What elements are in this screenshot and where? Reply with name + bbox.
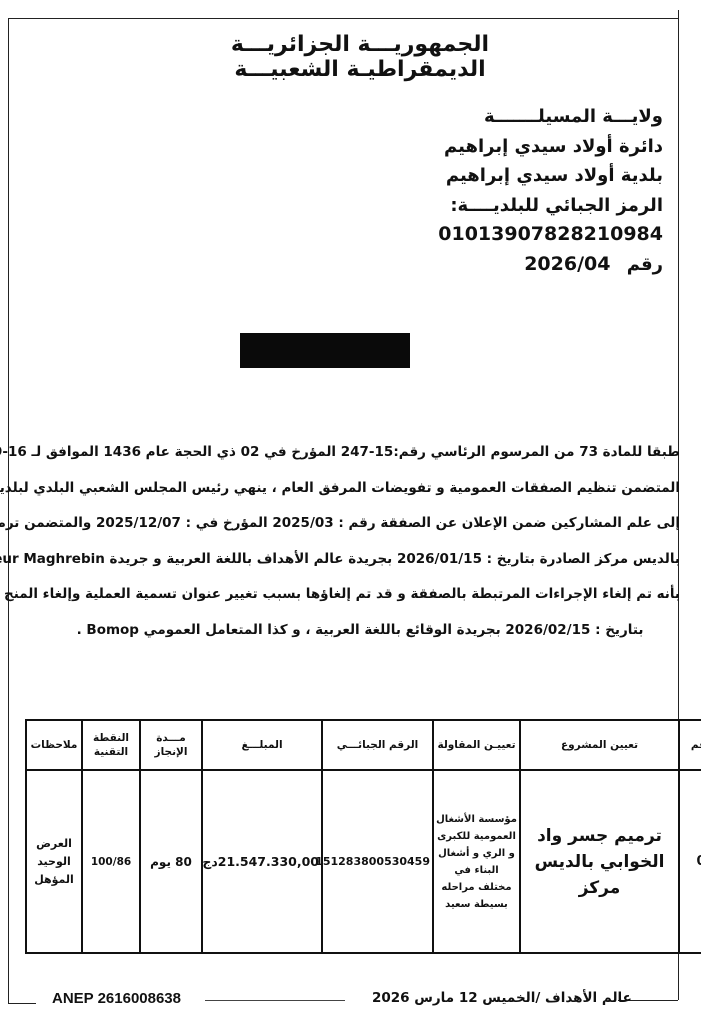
table-header-row: الرقم تعيين المشروع تعييـن المقاولة الرق…: [26, 720, 701, 770]
header-amount: المبلـــغ: [202, 720, 322, 770]
footer-anep-number: ANEP 2616008638: [52, 990, 181, 1007]
redacted-heading-block: [240, 333, 410, 368]
page-border-bottom: [8, 1003, 36, 1004]
award-table: الرقم تعيين المشروع تعييـن المقاولة الرق…: [25, 719, 701, 954]
reference-label: رقم: [627, 254, 663, 275]
header-notes: ملاحظات: [26, 720, 82, 770]
cell-num: 02: [679, 770, 701, 953]
header-tax-id: الرقم الجبائـــي: [322, 720, 433, 770]
body-line: بتاريخ : 2026/02/15 بجريدة الوقائع باللغ…: [40, 613, 680, 649]
cell-duration: 80 يوم: [140, 770, 202, 953]
document-title: الجمهوريـــة الجزائريـــة الديمقراطيـة ا…: [160, 32, 560, 82]
header-score: النقطة التقنية: [82, 720, 140, 770]
body-line: بالديس مركز الصادرة بتاريخ : 2026/01/15 …: [40, 542, 680, 578]
reference-line: رقم 2026/04: [403, 250, 663, 280]
body-line: المتضمن تنظيم الصفقات العمومية و تفويضات…: [40, 471, 680, 507]
wilaya-line: ولايـــة المسيلـــــــة: [403, 102, 663, 132]
cell-score: 100/86: [82, 770, 140, 953]
header-duration: مـــدة الإنجاز: [140, 720, 202, 770]
header-project: تعيين المشروع: [520, 720, 679, 770]
body-line: طبقا للمادة 73 من المرسوم الرئاسي رقم:15…: [40, 435, 680, 471]
body-line: إلى علم المشاركين ضمن الإعلان عن الصفقة …: [40, 506, 680, 542]
tax-code-value: 01013907828210984: [403, 220, 663, 250]
tax-code-label: الرمز الجبائي للبلديــــة:: [403, 191, 663, 221]
cell-amount: 21.547.330,00دج: [202, 770, 322, 953]
cell-notes: العرض الوحيد المؤهل: [26, 770, 82, 953]
issuer-block: ولايـــة المسيلـــــــة دائرة أولاد سيدي…: [403, 102, 663, 279]
header-contractor: تعييـن المقاولة: [433, 720, 520, 770]
body-line: بأنه تم إلغاء الإجراءات المرتبطة بالصفقة…: [40, 577, 680, 613]
page-border-top: [8, 18, 678, 19]
reference-number: 2026/04: [524, 253, 610, 275]
header-num: الرقم: [679, 720, 701, 770]
baladia-line: بلدية أولاد سيدي إبراهيم: [403, 161, 663, 191]
daira-line: دائرة أولاد سيدي إبراهيم: [403, 132, 663, 162]
cell-project: ترميم جسر واد الخوابي بالديس مركز: [520, 770, 679, 953]
footer-divider: [205, 1000, 345, 1001]
cell-contractor: مؤسسة الأشغال العمومية للكبرى و الري و أ…: [433, 770, 520, 953]
footer-publication-date: عالم الأهداف /الخميس 12 مارس 2026: [372, 990, 632, 1006]
table-row: 02 ترميم جسر واد الخوابي بالديس مركز مؤس…: [26, 770, 701, 953]
announcement-body: طبقا للمادة 73 من المرسوم الرئاسي رقم:15…: [40, 435, 680, 648]
cell-tax-id: 151283800530459: [322, 770, 433, 953]
